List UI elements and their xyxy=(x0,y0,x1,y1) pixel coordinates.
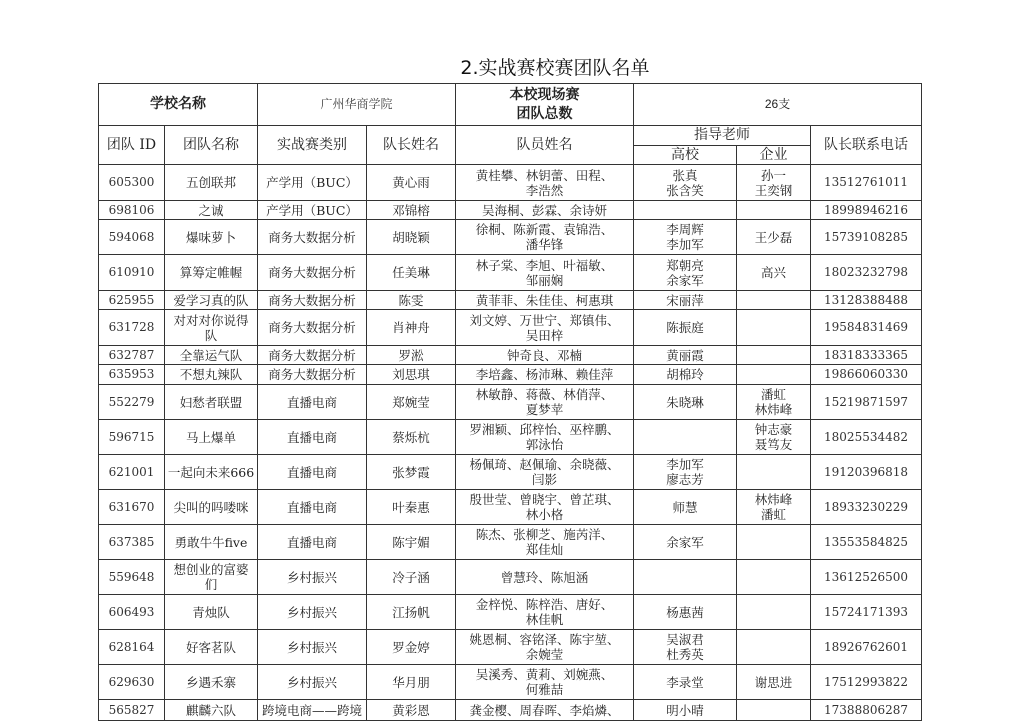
table-row: 632787全靠运气队商务大数据分析罗淞钟奇良、邓楠黄丽霞18318333365 xyxy=(99,346,922,365)
advisor-school-cell: 李加军廖志芳 xyxy=(634,455,737,490)
team-name-cell: 一起向未来666 xyxy=(165,455,258,490)
advisor-school-cell-line: 明小晴 xyxy=(636,703,734,718)
team-id-cell: 632787 xyxy=(99,346,165,365)
members-cell-line: 殷世莹、曾晓宇、曾芷琪、 xyxy=(458,492,631,507)
team-name-cell: 不想丸辣队 xyxy=(165,365,258,385)
team-name-cell-line: 一起向未来666 xyxy=(167,465,255,480)
members-cell: 刘文婷、万世宁、郑镇伟、吴田梓 xyxy=(456,310,634,346)
phone-cell: 17388806287 xyxy=(811,700,922,721)
category-cell: 商务大数据分析 xyxy=(258,310,367,346)
category-cell: 直播电商 xyxy=(258,490,367,525)
captain-cell: 黄彩恩 xyxy=(367,700,456,721)
members-cell: 黄桂攀、林钥蕾、田程、李浩然 xyxy=(456,165,634,201)
advisor-company-cell xyxy=(737,291,811,310)
advisor-school-cell: 李录堂 xyxy=(634,665,737,700)
members-cell: 陈杰、张柳芝、施芮洋、郑佳灿 xyxy=(456,525,634,560)
advisor-school-cell xyxy=(634,420,737,455)
captain-cell: 陈宇媚 xyxy=(367,525,456,560)
table-row: 605300五创联邦产学用（BUC）黄心雨黄桂攀、林钥蕾、田程、李浩然张真张含笑… xyxy=(99,165,922,201)
members-cell-line: 黄菲菲、朱佳佳、柯惠琪 xyxy=(458,293,631,308)
school-info-row: 学校名称 广州华商学院 本校现场赛 团队总数 26支 xyxy=(99,84,922,126)
advisor-school-cell-line: 廖志芳 xyxy=(636,472,734,487)
team-id-cell: 629630 xyxy=(99,665,165,700)
captain-cell: 刘思琪 xyxy=(367,365,456,385)
advisor-company-cell-line: 聂笃友 xyxy=(739,437,808,452)
col-header-team-name: 团队名称 xyxy=(165,126,258,165)
advisor-company-cell: 潘虹林炜峰 xyxy=(737,385,811,420)
members-cell-line: 吴溪秀、黄莉、刘婉燕、 xyxy=(458,667,631,682)
category-cell: 乡村振兴 xyxy=(258,595,367,630)
advisor-school-cell-line: 李周辉 xyxy=(636,222,734,237)
team-name-cell-line: 爱学习真的队 xyxy=(167,293,255,308)
members-cell-line: 刘文婷、万世宁、郑镇伟、 xyxy=(458,313,631,328)
team-name-cell: 乡遇禾寨 xyxy=(165,665,258,700)
advisor-school-cell: 李周辉李加军 xyxy=(634,220,737,255)
phone-cell: 13128388488 xyxy=(811,291,922,310)
members-cell: 林敏静、蒋薇、林俏萍、夏梦苹 xyxy=(456,385,634,420)
team-name-cell: 妇愁者联盟 xyxy=(165,385,258,420)
members-cell-line: 杨佩琦、赵佩瑜、余晓薇、 xyxy=(458,457,631,472)
members-cell: 姚恩桐、容铭泽、陈宇堃、余婉莹 xyxy=(456,630,634,665)
team-id-cell: 552279 xyxy=(99,385,165,420)
category-cell: 商务大数据分析 xyxy=(258,220,367,255)
team-name-cell-line: 五创联邦 xyxy=(167,175,255,190)
category-cell: 乡村振兴 xyxy=(258,630,367,665)
column-header-row: 团队 ID 团队名称 实战赛类别 队长姓名 队员姓名 指导老师 队长联系电话 xyxy=(99,126,922,146)
advisor-company-cell xyxy=(737,630,811,665)
table-row: 628164好客茗队乡村振兴罗金婷姚恩桐、容铭泽、陈宇堃、余婉莹吴淑君杜秀英18… xyxy=(99,630,922,665)
advisor-school-cell-line: 师慧 xyxy=(636,500,734,515)
captain-cell: 蔡烁杭 xyxy=(367,420,456,455)
captain-cell: 张梦霞 xyxy=(367,455,456,490)
advisor-school-cell: 朱晓琳 xyxy=(634,385,737,420)
captain-cell: 陈雯 xyxy=(367,291,456,310)
captain-cell: 华月朋 xyxy=(367,665,456,700)
members-cell: 黄菲菲、朱佳佳、柯惠琪 xyxy=(456,291,634,310)
members-cell-line: 余婉莹 xyxy=(458,647,631,662)
team-id-cell: 606493 xyxy=(99,595,165,630)
captain-cell: 黄心雨 xyxy=(367,165,456,201)
advisor-company-cell-line: 谢思进 xyxy=(739,675,808,690)
category-cell: 直播电商 xyxy=(258,455,367,490)
team-id-cell: 559648 xyxy=(99,560,165,595)
team-name-cell: 麒麟六队 xyxy=(165,700,258,721)
team-name-cell: 尖叫的吗喽咪 xyxy=(165,490,258,525)
members-cell-line: 何雅喆 xyxy=(458,682,631,697)
team-id-cell: 631728 xyxy=(99,310,165,346)
advisor-school-cell: 胡棉玲 xyxy=(634,365,737,385)
table-row: 596715马上爆单直播电商蔡烁杭罗湘颖、邱梓怡、巫梓鹏、郭泳怡钟志豪聂笃友18… xyxy=(99,420,922,455)
team-name-cell-line: 妇愁者联盟 xyxy=(167,395,255,410)
advisor-company-cell xyxy=(737,560,811,595)
captain-cell: 罗金婷 xyxy=(367,630,456,665)
team-id-cell: 605300 xyxy=(99,165,165,201)
members-cell-line: 吴海桐、彭霖、余诗妍 xyxy=(458,203,631,218)
table-row: 565827麒麟六队跨境电商——跨境黄彩恩龚金樱、周春晖、李焰燐、明小晴1738… xyxy=(99,700,922,721)
team-id-cell: 625955 xyxy=(99,291,165,310)
members-cell: 罗湘颖、邱梓怡、巫梓鹏、郭泳怡 xyxy=(456,420,634,455)
phone-cell: 15724171393 xyxy=(811,595,922,630)
col-header-team-id: 团队 ID xyxy=(99,126,165,165)
advisor-school-cell-line: 余家军 xyxy=(636,273,734,288)
team-id-cell: 698106 xyxy=(99,201,165,220)
members-cell: 殷世莹、曾晓宇、曾芷琪、林小格 xyxy=(456,490,634,525)
phone-cell: 13553584825 xyxy=(811,525,922,560)
school-name-label: 学校名称 xyxy=(99,84,258,126)
table-row: 637385勇敢牛牛five直播电商陈宇媚陈杰、张柳芝、施芮洋、郑佳灿余家军13… xyxy=(99,525,922,560)
captain-cell: 肖神舟 xyxy=(367,310,456,346)
members-cell-line: 姚恩桐、容铭泽、陈宇堃、 xyxy=(458,632,631,647)
members-cell-line: 郑佳灿 xyxy=(458,542,631,557)
category-cell: 商务大数据分析 xyxy=(258,346,367,365)
advisor-school-cell-line: 杨惠茜 xyxy=(636,605,734,620)
advisor-company-cell xyxy=(737,595,811,630)
team-id-cell: 596715 xyxy=(99,420,165,455)
members-cell: 钟奇良、邓楠 xyxy=(456,346,634,365)
table-row: 610910算筹定帷幄商务大数据分析任美琳林子棠、李旭、叶福敏、邹丽娴郑朝亮余家… xyxy=(99,255,922,291)
category-cell: 乡村振兴 xyxy=(258,560,367,595)
advisor-school-cell-line: 张含笑 xyxy=(636,183,734,198)
phone-cell: 15739108285 xyxy=(811,220,922,255)
table-row: 698106之诚产学用（BUC）邓锦榕吴海桐、彭霖、余诗妍18998946216 xyxy=(99,201,922,220)
advisor-company-cell xyxy=(737,310,811,346)
team-name-cell-line: 想创业的富婆 xyxy=(167,562,255,577)
team-name-cell: 全靠运气队 xyxy=(165,346,258,365)
team-name-cell-line: 爆味萝卜 xyxy=(167,230,255,245)
advisor-company-cell: 谢思进 xyxy=(737,665,811,700)
col-header-members: 队员姓名 xyxy=(456,126,634,165)
advisor-school-cell-line: 张真 xyxy=(636,168,734,183)
phone-cell: 18998946216 xyxy=(811,201,922,220)
phone-cell: 17512993822 xyxy=(811,665,922,700)
table-row: 625955爱学习真的队商务大数据分析陈雯黄菲菲、朱佳佳、柯惠琪宋丽萍13128… xyxy=(99,291,922,310)
advisor-school-cell-line: 吴淑君 xyxy=(636,632,734,647)
advisor-school-cell: 师慧 xyxy=(634,490,737,525)
members-cell-line: 林敏静、蒋薇、林俏萍、 xyxy=(458,387,631,402)
team-name-cell-line: 好客茗队 xyxy=(167,640,255,655)
members-cell: 徐桐、陈新霞、袁锦浩、潘华锋 xyxy=(456,220,634,255)
team-name-cell-line: 麒麟六队 xyxy=(167,703,255,718)
team-name-cell-line: 们 xyxy=(167,577,255,592)
category-cell: 乡村振兴 xyxy=(258,665,367,700)
team-id-cell: 631670 xyxy=(99,490,165,525)
captain-cell: 胡晓颖 xyxy=(367,220,456,255)
table-row: 629630乡遇禾寨乡村振兴华月朋吴溪秀、黄莉、刘婉燕、何雅喆李录堂谢思进175… xyxy=(99,665,922,700)
team-name-cell: 马上爆单 xyxy=(165,420,258,455)
table-row: 631670尖叫的吗喽咪直播电商叶秦惠殷世莹、曾晓宇、曾芷琪、林小格师慧林炜峰潘… xyxy=(99,490,922,525)
advisor-company-cell xyxy=(737,201,811,220)
members-cell-line: 罗湘颖、邱梓怡、巫梓鹏、 xyxy=(458,422,631,437)
advisor-company-cell-line: 钟志豪 xyxy=(739,422,808,437)
table-row: 606493青烛队乡村振兴江扬帆金梓悦、陈梓浩、唐好、林佳帆杨惠茜1572417… xyxy=(99,595,922,630)
captain-cell: 冷子涵 xyxy=(367,560,456,595)
team-name-cell-line: 之诚 xyxy=(167,203,255,218)
phone-cell: 18025534482 xyxy=(811,420,922,455)
members-cell: 李培鑫、杨沛琳、赖佳萍 xyxy=(456,365,634,385)
phone-cell: 18023232798 xyxy=(811,255,922,291)
team-id-cell: 610910 xyxy=(99,255,165,291)
captain-cell: 罗淞 xyxy=(367,346,456,365)
advisor-school-cell-line: 胡棉玲 xyxy=(636,367,734,382)
members-cell-line: 林小格 xyxy=(458,507,631,522)
members-cell-line: 夏梦苹 xyxy=(458,402,631,417)
members-cell-line: 林佳帆 xyxy=(458,612,631,627)
table-row: 621001一起向未来666直播电商张梦霞杨佩琦、赵佩瑜、余晓薇、闫影李加军廖志… xyxy=(99,455,922,490)
team-name-cell-line: 马上爆单 xyxy=(167,430,255,445)
advisor-school-cell-line: 宋丽萍 xyxy=(636,293,734,308)
members-cell: 吴海桐、彭霖、余诗妍 xyxy=(456,201,634,220)
table-row: 635953不想丸辣队商务大数据分析刘思琪李培鑫、杨沛琳、赖佳萍胡棉玲19866… xyxy=(99,365,922,385)
col-header-phone: 队长联系电话 xyxy=(811,126,922,165)
captain-cell: 江扬帆 xyxy=(367,595,456,630)
captain-cell: 任美琳 xyxy=(367,255,456,291)
advisor-company-cell: 王少磊 xyxy=(737,220,811,255)
advisor-school-cell xyxy=(634,560,737,595)
phone-cell: 18933230229 xyxy=(811,490,922,525)
advisor-school-cell-line: 杜秀英 xyxy=(636,647,734,662)
category-cell: 商务大数据分析 xyxy=(258,365,367,385)
members-cell: 吴溪秀、黄莉、刘婉燕、何雅喆 xyxy=(456,665,634,700)
members-cell: 曾慧玲、陈旭涵 xyxy=(456,560,634,595)
members-cell: 林子棠、李旭、叶福敏、邹丽娴 xyxy=(456,255,634,291)
team-name-cell-line: 不想丸辣队 xyxy=(167,367,255,382)
advisor-company-cell-line: 高兴 xyxy=(739,265,808,280)
team-name-cell-line: 全靠运气队 xyxy=(167,348,255,363)
phone-cell: 19584831469 xyxy=(811,310,922,346)
advisor-company-cell xyxy=(737,455,811,490)
phone-cell: 18318333365 xyxy=(811,346,922,365)
team-name-cell: 对对对你说得队 xyxy=(165,310,258,346)
team-name-cell-line: 队 xyxy=(167,328,255,343)
advisor-company-cell: 孙一王奕钢 xyxy=(737,165,811,201)
advisor-company-cell-line: 林炜峰 xyxy=(739,492,808,507)
table-row: 594068爆味萝卜商务大数据分析胡晓颖徐桐、陈新霞、袁锦浩、潘华锋李周辉李加军… xyxy=(99,220,922,255)
members-cell-line: 李浩然 xyxy=(458,183,631,198)
table-row: 631728对对对你说得队商务大数据分析肖神舟刘文婷、万世宁、郑镇伟、吴田梓陈振… xyxy=(99,310,922,346)
members-cell-line: 闫影 xyxy=(458,472,631,487)
col-header-advisor-school: 高校 xyxy=(634,146,737,165)
team-name-cell: 勇敢牛牛five xyxy=(165,525,258,560)
advisor-school-cell-line: 陈振庭 xyxy=(636,320,734,335)
category-cell: 商务大数据分析 xyxy=(258,291,367,310)
team-name-cell-line: 青烛队 xyxy=(167,605,255,620)
members-cell-line: 郭泳怡 xyxy=(458,437,631,452)
phone-cell: 19120396818 xyxy=(811,455,922,490)
advisor-school-cell: 郑朝亮余家军 xyxy=(634,255,737,291)
team-name-cell: 青烛队 xyxy=(165,595,258,630)
team-name-cell-line: 算筹定帷幄 xyxy=(167,265,255,280)
team-name-cell-line: 勇敢牛牛five xyxy=(167,535,255,550)
team-id-cell: 565827 xyxy=(99,700,165,721)
advisor-school-cell-line: 李录堂 xyxy=(636,675,734,690)
col-header-captain: 队长姓名 xyxy=(367,126,456,165)
team-name-cell-line: 尖叫的吗喽咪 xyxy=(167,500,255,515)
team-total-label: 本校现场赛 团队总数 xyxy=(456,84,634,126)
team-id-cell: 628164 xyxy=(99,630,165,665)
advisor-company-cell-line: 王少磊 xyxy=(739,230,808,245)
advisor-school-cell xyxy=(634,201,737,220)
category-cell: 商务大数据分析 xyxy=(258,255,367,291)
advisor-company-cell: 钟志豪聂笃友 xyxy=(737,420,811,455)
school-name-value: 广州华商学院 xyxy=(258,84,456,126)
document-title: 2.实战赛校赛团队名单 xyxy=(0,53,1024,80)
team-name-cell: 想创业的富婆们 xyxy=(165,560,258,595)
col-header-category: 实战赛类别 xyxy=(258,126,367,165)
members-cell-line: 曾慧玲、陈旭涵 xyxy=(458,570,631,585)
members-cell-line: 邹丽娴 xyxy=(458,273,631,288)
members-cell: 金梓悦、陈梓浩、唐好、林佳帆 xyxy=(456,595,634,630)
advisor-school-cell-line: 郑朝亮 xyxy=(636,258,734,273)
advisor-school-cell: 明小晴 xyxy=(634,700,737,721)
team-total-label-line1: 本校现场赛 xyxy=(458,86,631,105)
advisor-company-cell: 高兴 xyxy=(737,255,811,291)
members-cell-line: 龚金樱、周春晖、李焰燐、 xyxy=(458,703,631,718)
category-cell: 跨境电商——跨境 xyxy=(258,700,367,721)
team-name-cell: 爱学习真的队 xyxy=(165,291,258,310)
category-cell: 直播电商 xyxy=(258,385,367,420)
team-id-cell: 621001 xyxy=(99,455,165,490)
members-cell-line: 李培鑫、杨沛琳、赖佳萍 xyxy=(458,367,631,382)
advisor-school-cell-line: 黄丽霞 xyxy=(636,348,734,363)
members-cell-line: 潘华锋 xyxy=(458,237,631,252)
advisor-school-cell: 陈振庭 xyxy=(634,310,737,346)
advisor-company-cell-line: 潘虹 xyxy=(739,387,808,402)
team-id-cell: 637385 xyxy=(99,525,165,560)
category-cell: 直播电商 xyxy=(258,420,367,455)
phone-cell: 15219871597 xyxy=(811,385,922,420)
col-header-advisor-company: 企业 xyxy=(737,146,811,165)
phone-cell: 13612526500 xyxy=(811,560,922,595)
advisor-company-cell xyxy=(737,700,811,721)
phone-cell: 18926762601 xyxy=(811,630,922,665)
captain-cell: 叶秦惠 xyxy=(367,490,456,525)
advisor-company-cell-line: 潘虹 xyxy=(739,507,808,522)
advisor-school-cell-line: 朱晓琳 xyxy=(636,395,734,410)
captain-cell: 郑婉莹 xyxy=(367,385,456,420)
team-name-cell: 五创联邦 xyxy=(165,165,258,201)
members-cell-line: 徐桐、陈新霞、袁锦浩、 xyxy=(458,222,631,237)
col-header-advisors: 指导老师 xyxy=(634,126,811,146)
advisor-school-cell-line: 李加军 xyxy=(636,457,734,472)
advisor-company-cell-line: 王奕钢 xyxy=(739,183,808,198)
members-cell: 龚金樱、周春晖、李焰燐、 xyxy=(456,700,634,721)
captain-cell: 邓锦榕 xyxy=(367,201,456,220)
members-cell-line: 陈杰、张柳芝、施芮洋、 xyxy=(458,527,631,542)
team-id-cell: 594068 xyxy=(99,220,165,255)
team-roster-table: 学校名称 广州华商学院 本校现场赛 团队总数 26支 团队 ID 团队名称 实战… xyxy=(98,83,922,721)
team-total-value: 26支 xyxy=(634,84,922,126)
table-row: 559648想创业的富婆们乡村振兴冷子涵曾慧玲、陈旭涵13612526500 xyxy=(99,560,922,595)
category-cell: 直播电商 xyxy=(258,525,367,560)
advisor-company-cell xyxy=(737,365,811,385)
advisor-company-cell-line: 林炜峰 xyxy=(739,402,808,417)
advisor-school-cell-line: 余家军 xyxy=(636,535,734,550)
team-name-cell: 算筹定帷幄 xyxy=(165,255,258,291)
table-row: 552279妇愁者联盟直播电商郑婉莹林敏静、蒋薇、林俏萍、夏梦苹朱晓琳潘虹林炜峰… xyxy=(99,385,922,420)
advisor-company-cell-line: 孙一 xyxy=(739,168,808,183)
advisor-school-cell: 余家军 xyxy=(634,525,737,560)
team-name-cell: 好客茗队 xyxy=(165,630,258,665)
members-cell-line: 金梓悦、陈梓浩、唐好、 xyxy=(458,597,631,612)
category-cell: 产学用（BUC） xyxy=(258,201,367,220)
advisor-school-cell-line: 李加军 xyxy=(636,237,734,252)
members-cell-line: 钟奇良、邓楠 xyxy=(458,348,631,363)
team-total-label-line2: 团队总数 xyxy=(458,105,631,124)
category-cell: 产学用（BUC） xyxy=(258,165,367,201)
advisor-school-cell: 宋丽萍 xyxy=(634,291,737,310)
advisor-company-cell: 林炜峰潘虹 xyxy=(737,490,811,525)
advisor-school-cell: 黄丽霞 xyxy=(634,346,737,365)
team-name-cell-line: 对对对你说得 xyxy=(167,313,255,328)
members-cell-line: 黄桂攀、林钥蕾、田程、 xyxy=(458,168,631,183)
members-cell: 杨佩琦、赵佩瑜、余晓薇、闫影 xyxy=(456,455,634,490)
members-cell-line: 吴田梓 xyxy=(458,328,631,343)
advisor-school-cell: 杨惠茜 xyxy=(634,595,737,630)
phone-cell: 13512761011 xyxy=(811,165,922,201)
team-name-cell: 之诚 xyxy=(165,201,258,220)
advisor-school-cell: 吴淑君杜秀英 xyxy=(634,630,737,665)
advisor-company-cell xyxy=(737,346,811,365)
team-name-cell-line: 乡遇禾寨 xyxy=(167,675,255,690)
team-id-cell: 635953 xyxy=(99,365,165,385)
team-name-cell: 爆味萝卜 xyxy=(165,220,258,255)
members-cell-line: 林子棠、李旭、叶福敏、 xyxy=(458,258,631,273)
phone-cell: 19866060330 xyxy=(811,365,922,385)
advisor-school-cell: 张真张含笑 xyxy=(634,165,737,201)
advisor-company-cell xyxy=(737,525,811,560)
